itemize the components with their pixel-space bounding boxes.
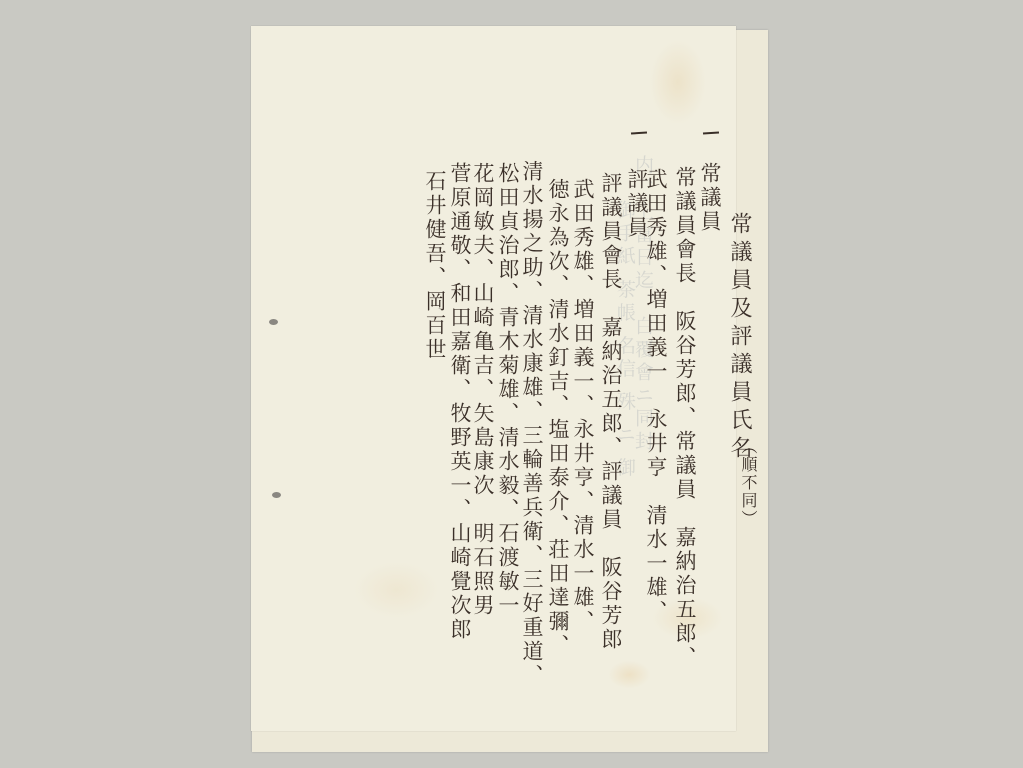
member-line: 松田貞治郎、青木菊雄、清水毅、石渡敏一 xyxy=(497,162,518,618)
punch-hole-bottom xyxy=(272,492,281,498)
member-line: 石井健吾、岡百世 xyxy=(424,170,445,362)
member-line: 評議員會長 嘉納治五郎、評議員 阪谷芳郎 xyxy=(600,172,621,652)
punch-hole-top xyxy=(269,319,278,325)
member-line: 清水揚之助、清水康雄、三輪善兵衛、三好重道、 xyxy=(521,160,542,688)
member-line: 武田秀雄、増田義一、永井亨、清水一雄、 xyxy=(572,178,593,634)
document-title: 常議員及評議員氏名 xyxy=(728,212,750,464)
member-line: 徳永為次、清水釘吉、塩田泰介、荘田達彌、 xyxy=(547,178,568,658)
section-heading: 評議員 xyxy=(626,168,647,240)
member-line: 花岡敏夫、山崎亀吉、矢島康次 明石照男 xyxy=(472,162,493,618)
member-line: 菅原通敬、和田嘉衛、牧野英一、山崎覺次郎 xyxy=(449,162,470,642)
section-heading: 常議員 xyxy=(699,162,720,234)
member-line: 常議員會長 阪谷芳郎、常議員 嘉納治五郎、 xyxy=(674,166,695,670)
title-note: （順不同） xyxy=(740,438,756,528)
